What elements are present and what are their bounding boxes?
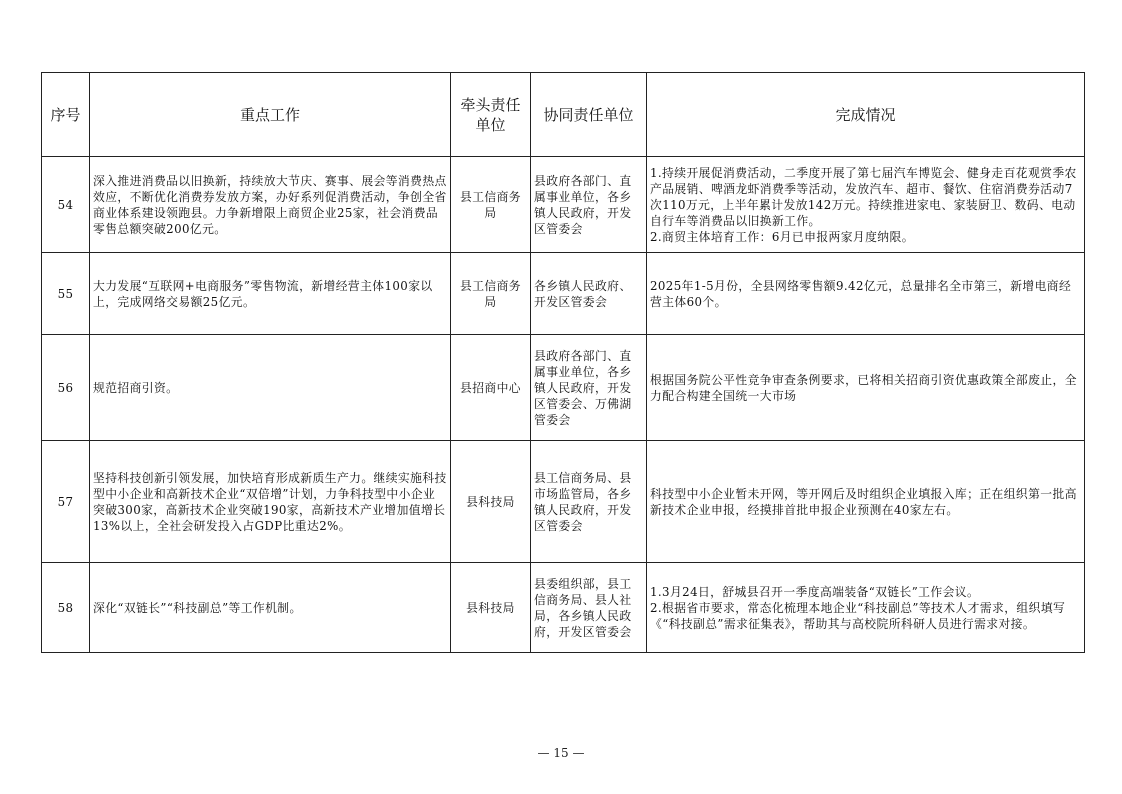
table-row: 57 坚持科技创新引领发展，加快培育形成新质生产力。继续实施科技型中小企业和高新… (42, 441, 1085, 563)
work-progress-table: 序号 重点工作 牵头责任 单位 协同责任单位 完成情况 54 深入推进消费品以旧… (41, 72, 1085, 653)
table-header-row: 序号 重点工作 牵头责任 单位 协同责任单位 完成情况 (42, 73, 1085, 157)
row-lead-unit: 县工信商务局 (451, 253, 531, 335)
row-seq: 56 (42, 335, 90, 441)
row-seq: 58 (42, 563, 90, 653)
row-key-work: 深化“双链长”“科技副总”等工作机制。 (90, 563, 451, 653)
status-line: 1.持续开展促消费活动，二季度开展了第七届汽车博览会、健身走百花观赏季农产品展销… (650, 165, 1081, 229)
row-status: 2025年1-5月份，全县网络零售额9.42亿元，总量排名全市第三，新增电商经营… (647, 253, 1085, 335)
row-coop-unit: 县委组织部，县工信商务局、县人社局，各乡镇人民政府，开发区管委会 (531, 563, 647, 653)
header-lead-unit: 牵头责任 单位 (451, 73, 531, 157)
row-lead-unit: 县科技局 (451, 563, 531, 653)
row-lead-unit: 县招商中心 (451, 335, 531, 441)
row-key-work: 规范招商引资。 (90, 335, 451, 441)
page-number: — 15 — (0, 746, 1122, 760)
row-key-work: 深入推进消费品以旧换新，持续放大节庆、赛事、展会等消费热点效应，不断优化消费券发… (90, 157, 451, 253)
row-status: 1.3月24日，舒城县召开一季度高端装备“双链长”工作会议。 2.根据省市要求，… (647, 563, 1085, 653)
status-line: 2025年1-5月份，全县网络零售额9.42亿元，总量排名全市第三，新增电商经营… (650, 278, 1081, 310)
row-status: 科技型中小企业暂未开网，等开网后及时组织企业填报入库；正在组织第一批高新技术企业… (647, 441, 1085, 563)
row-seq: 57 (42, 441, 90, 563)
row-lead-unit: 县科技局 (451, 441, 531, 563)
row-status: 根据国务院公平性竞争审查条例要求，已将相关招商引资优惠政策全部废止，全力配合构建… (647, 335, 1085, 441)
row-coop-unit: 县政府各部门、直属事业单位，各乡镇人民政府，开发区管委会、万佛湖管委会 (531, 335, 647, 441)
status-line: 2.商贸主体培育工作：6月已申报两家月度纳限。 (650, 229, 1081, 245)
status-line: 1.3月24日，舒城县召开一季度高端装备“双链长”工作会议。 (650, 584, 1081, 600)
header-key-work: 重点工作 (90, 73, 451, 157)
status-line: 根据国务院公平性竞争审查条例要求，已将相关招商引资优惠政策全部废止，全力配合构建… (650, 372, 1081, 404)
table-row: 54 深入推进消费品以旧换新，持续放大节庆、赛事、展会等消费热点效应，不断优化消… (42, 157, 1085, 253)
row-status: 1.持续开展促消费活动，二季度开展了第七届汽车博览会、健身走百花观赏季农产品展销… (647, 157, 1085, 253)
header-lead-unit-line2: 单位 (454, 115, 527, 135)
header-seq: 序号 (42, 73, 90, 157)
status-line: 科技型中小企业暂未开网，等开网后及时组织企业填报入库；正在组织第一批高新技术企业… (650, 486, 1081, 518)
row-lead-unit: 县工信商务局 (451, 157, 531, 253)
status-line: 2.根据省市要求，常态化梳理本地企业“科技副总”等技术人才需求，组织填写《“科技… (650, 600, 1081, 632)
header-coop-unit: 协同责任单位 (531, 73, 647, 157)
row-seq: 55 (42, 253, 90, 335)
header-status: 完成情况 (647, 73, 1085, 157)
table-row: 56 规范招商引资。 县招商中心 县政府各部门、直属事业单位，各乡镇人民政府，开… (42, 335, 1085, 441)
row-coop-unit: 各乡镇人民政府、开发区管委会 (531, 253, 647, 335)
row-seq: 54 (42, 157, 90, 253)
row-key-work: 坚持科技创新引领发展，加快培育形成新质生产力。继续实施科技型中小企业和高新技术企… (90, 441, 451, 563)
row-coop-unit: 县政府各部门、直属事业单位，各乡镇人民政府，开发区管委会 (531, 157, 647, 253)
row-key-work: 大力发展“互联网+电商服务”零售物流，新增经营主体100家以上，完成网络交易额2… (90, 253, 451, 335)
table-row: 58 深化“双链长”“科技副总”等工作机制。 县科技局 县委组织部，县工信商务局… (42, 563, 1085, 653)
table-row: 55 大力发展“互联网+电商服务”零售物流，新增经营主体100家以上，完成网络交… (42, 253, 1085, 335)
row-coop-unit: 县工信商务局、县市场监管局，各乡镇人民政府，开发区管委会 (531, 441, 647, 563)
header-lead-unit-line1: 牵头责任 (454, 95, 527, 115)
